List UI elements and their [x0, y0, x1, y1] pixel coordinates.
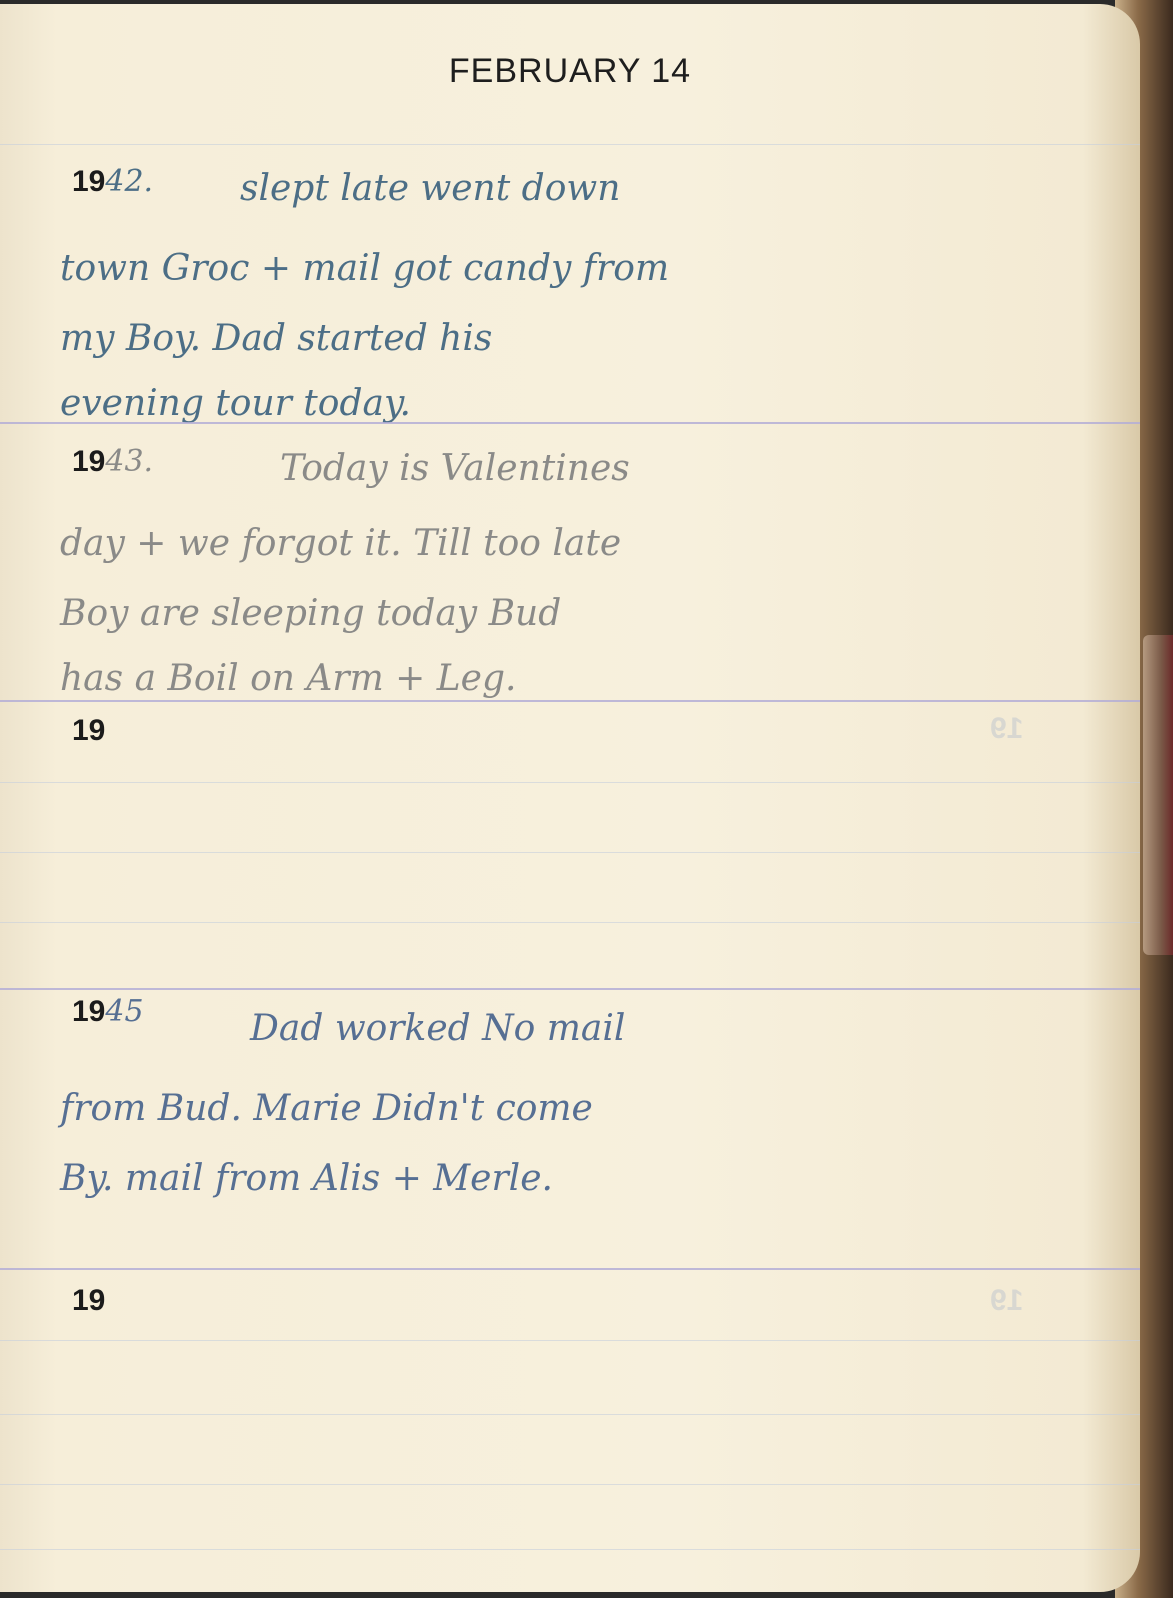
written-year: 43.	[105, 444, 153, 479]
ruled-line	[0, 1549, 1140, 1550]
entry-year-1: 1942.	[72, 164, 153, 199]
entry-1-line-1: slept late went down	[240, 154, 1100, 224]
ruled-line	[0, 1268, 1140, 1270]
printed-year: 19	[72, 714, 105, 747]
entry-year-4: 1945	[72, 994, 144, 1029]
diary-page: FEBRUARY 14 1942. slept late went down t…	[0, 4, 1140, 1592]
written-year: 45	[105, 994, 143, 1029]
entry-1-line-3: my Boy. Dad started his	[60, 304, 1100, 374]
ruled-line	[0, 1340, 1140, 1341]
bleed-through-year: 19	[990, 712, 1023, 746]
printed-year: 19	[72, 1284, 105, 1317]
ruled-line	[0, 1414, 1140, 1415]
page-tab	[1143, 635, 1173, 955]
printed-year: 19	[72, 445, 105, 478]
ruled-line	[0, 922, 1140, 923]
entry-2-line-1: Today is Valentines	[280, 434, 1080, 504]
ruled-line	[0, 144, 1140, 145]
printed-year: 19	[72, 165, 105, 198]
entry-2-line-3: Boy are sleeping today Bud	[60, 579, 1100, 649]
printed-year: 19	[72, 995, 105, 1028]
entry-1-line-4: evening tour today.	[60, 369, 1100, 439]
entry-year-3: 19	[72, 714, 105, 748]
entry-4-line-2: from Bud. Marie Didn't come	[60, 1074, 1100, 1144]
entry-2-line-4: has a Boil on Arm + Leg.	[60, 644, 1100, 714]
bleed-through-year: 19	[990, 1284, 1023, 1318]
ruled-line	[0, 988, 1140, 990]
written-year: 42.	[105, 164, 153, 199]
entry-4-line-3: By. mail from Alis + Merle.	[60, 1144, 1100, 1214]
entry-year-2: 1943.	[72, 444, 153, 479]
entry-4-line-1: Dad worked No mail	[250, 994, 1100, 1064]
entry-year-5: 19	[72, 1284, 105, 1318]
entry-1-line-2: town Groc + mail got candy from	[60, 234, 1100, 304]
page-title: FEBRUARY 14	[0, 52, 1140, 91]
ruled-line	[0, 422, 1140, 424]
ruled-line	[0, 700, 1140, 702]
ruled-line	[0, 1484, 1140, 1485]
ruled-line	[0, 782, 1140, 783]
ruled-line	[0, 852, 1140, 853]
entry-2-line-2: day + we forgot it. Till too late	[60, 509, 1100, 579]
